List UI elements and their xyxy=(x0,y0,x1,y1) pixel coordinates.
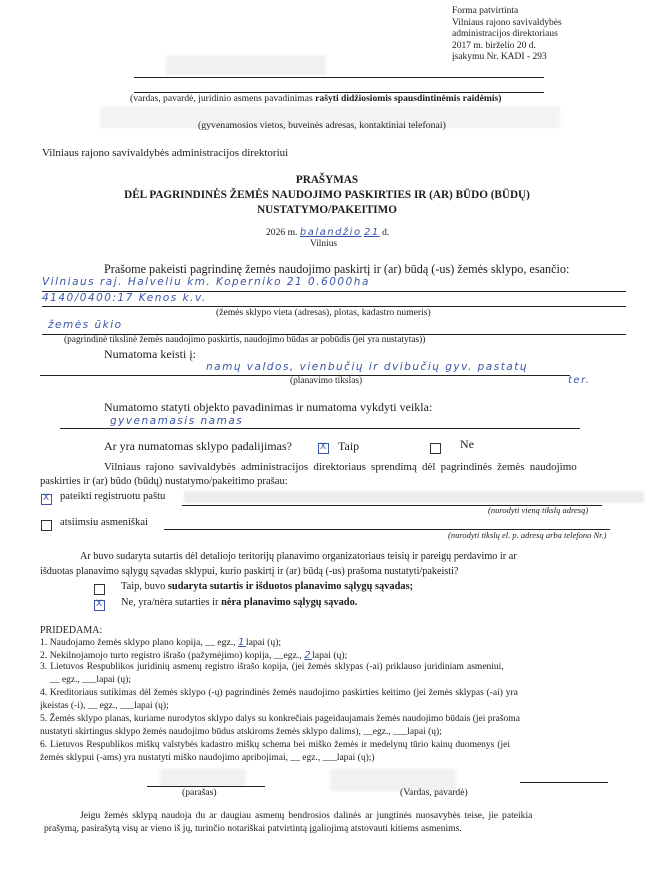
delivery-intro-1: Vilniaus rajono savivaldybės administrac… xyxy=(104,461,577,473)
redacted-applicant-name xyxy=(166,55,326,75)
delivery-personal-label: atsiimsiu asmeniškai xyxy=(60,517,148,528)
date-day[interactable]: 21 xyxy=(364,227,380,238)
attachment-1-text: 1. Naudojamo žemės sklypo plano kopija, … xyxy=(40,637,236,648)
redacted-post-address xyxy=(184,491,644,503)
signature-caption: (parašas) xyxy=(182,787,217,798)
change-to-value[interactable]: namų valdos, vienbučių ir dvibučių gyv. … xyxy=(206,361,528,373)
location-line-2[interactable]: 4140/0400:17 Kenos k.v. xyxy=(42,292,207,304)
applicant-name-caption: (vardas, pavardė, juridinio asmens pavad… xyxy=(130,93,501,104)
current-purpose-caption: (pagrindinė tikslinė žemės naudojimo pas… xyxy=(64,335,425,345)
attachment-2-text: 2. Nekilnojamojo turto registro išrašo (… xyxy=(40,650,302,661)
title-line-2: DĖL PAGRINDINĖS ŽEMĖS NAUDOJIMO PASKIRTI… xyxy=(0,188,654,203)
approval-line: administracijos direktoriaus xyxy=(452,29,562,41)
agreement-yes-normal: Taip, buvo xyxy=(121,581,168,592)
title-line-3: NUSTATYMO/PAKEITIMO xyxy=(0,203,654,218)
change-to-caption: (planavimo tikslas) xyxy=(290,376,362,386)
redacted-signature xyxy=(160,769,246,787)
delivery-post-label: pateikti registruotu paštu xyxy=(60,491,165,502)
change-to-value-cont: ter. xyxy=(568,375,590,386)
attachment-item-5-line-1: 5. Žemės sklypo planas, kuriame nurodyto… xyxy=(40,714,520,724)
location-line-1[interactable]: Vilniaus raj. Halveliu km. Koperniko 21 … xyxy=(42,276,370,288)
delivery-personal-checkbox[interactable] xyxy=(41,520,52,531)
approval-line: įsakymu Nr. KADI - 293 xyxy=(452,52,562,64)
agreement-question-1: Ar buvo sudaryta sutartis dėl detaliojo … xyxy=(80,551,517,562)
date-day-suffix: d. xyxy=(382,227,389,238)
document-title: PRAŠYMAS DĖL PAGRINDINĖS ŽEMĖS NAUDOJIMO… xyxy=(0,173,654,218)
approval-line: Forma patvirtinta xyxy=(452,6,562,18)
delivery-intro-2: paskirties ir (ar) būdo (būdų) nustatymo… xyxy=(40,476,288,487)
attachment-item-4-line-1: 4. Kreditoriaus sutikimas dėl žemės skly… xyxy=(40,688,518,698)
agreement-no-checkbox[interactable] xyxy=(94,600,105,611)
form-approval-block: Forma patvirtinta Vilniaus rajono saviva… xyxy=(452,6,562,64)
attachment-item-5-line-2: nustatyti skirtingus sklypo žemės naudoj… xyxy=(40,727,442,737)
date-month[interactable]: balandžio xyxy=(300,227,362,238)
agreement-question-2: išduotas planavimo sąlygų sąvadas sklypu… xyxy=(40,566,458,577)
division-no-checkbox[interactable] xyxy=(430,443,441,454)
title-line-1: PRAŠYMAS xyxy=(0,173,654,188)
object-value[interactable]: gyvenamasis namas xyxy=(110,415,243,427)
agreement-no-normal: Ne, yra/nėra sutarties ir xyxy=(121,597,221,608)
agreement-yes-checkbox[interactable] xyxy=(94,584,105,595)
current-purpose[interactable]: žemės ūkio xyxy=(48,319,123,331)
caption-bold: rašyti didžiosiomis spausdintinėmis raid… xyxy=(315,93,501,104)
object-rule xyxy=(60,428,580,429)
recipient: Vilniaus rajono savivaldybės administrac… xyxy=(42,147,288,159)
approval-line: Vilniaus rajono savivaldybės xyxy=(452,18,562,30)
approval-line: 2017 m. birželio 20 d. xyxy=(452,41,562,53)
name-line[interactable] xyxy=(520,782,608,783)
agreement-no-label: Ne, yra/nėra sutarties ir nėra planavimo… xyxy=(121,597,357,608)
date-year: 2026 m. xyxy=(266,227,297,238)
attachment-item-3-line-2: __ egz., ___lapai (ų); xyxy=(50,675,131,685)
agreement-yes-bold: sudaryta sutartis ir išduotos planavimo … xyxy=(168,581,413,592)
footer-note-2: prašymą, pasirašytą visų ar vieno iš jų,… xyxy=(44,823,462,834)
attachment-2-pages[interactable]: 2 xyxy=(304,650,312,661)
attachment-item-3-line-1: 3. Lietuvos Respublikos juridinių asmenų… xyxy=(40,662,504,672)
division-yes-label: Taip xyxy=(338,439,359,454)
name-caption: (Vardas, pavardė) xyxy=(400,787,468,798)
agreement-yes-label: Taip, buvo sudaryta sutartis ir išduotos… xyxy=(121,581,413,592)
date-place: Vilnius xyxy=(310,239,337,249)
attachments-heading: PRIDEDAMA: xyxy=(40,625,102,636)
attachment-item-6-line-2: žemės sklypui (-ams) yra nustatyti miško… xyxy=(40,753,375,763)
object-label: Numatomo statyti objekto pavadinimas ir … xyxy=(104,400,432,415)
division-no-label: Ne xyxy=(460,437,474,452)
attachment-item-6-line-1: 6. Lietuvos Respublikos miškų valstybės … xyxy=(40,740,510,750)
change-to-label: Numatoma keisti į: xyxy=(104,347,196,362)
attachment-item-2: 2. Nekilnojamojo turto registro išrašo (… xyxy=(40,650,347,661)
attachment-1-pages[interactable]: 1 xyxy=(238,637,246,648)
location-caption: (žemės sklypo vieta (adresas), plotas, k… xyxy=(216,307,431,318)
division-question: Ar yra numatomas sklypo padalijimas? xyxy=(104,439,292,454)
footer-note-1: Jeigu žemės sklypą naudoja du ar daugiau… xyxy=(80,810,532,821)
date-line: 2026 m. balandžio 21 d. xyxy=(266,227,389,238)
delivery-personal-caption: (nurodyti tikslų el. p. adresą arba tele… xyxy=(448,530,607,540)
delivery-post-checkbox[interactable] xyxy=(41,494,52,505)
request-intro: Prašome pakeisti pagrindinę žemės naudoj… xyxy=(104,262,569,277)
attachment-1-suffix: lapai (ų); xyxy=(246,637,281,648)
attachment-item-1: 1. Naudojamo žemės sklypo plano kopija, … xyxy=(40,637,281,648)
attachment-2-suffix: lapai (ų); xyxy=(312,650,347,661)
applicant-address-caption: (gyvenamosios vietos, buveinės adresas, … xyxy=(198,120,446,131)
division-yes-checkbox[interactable] xyxy=(318,443,329,454)
attachment-item-4-line-2: įkeistas (-i), __ egz., ___lapai (ų); xyxy=(40,701,169,711)
caption-normal: (vardas, pavardė, juridinio asmens pavad… xyxy=(130,93,315,104)
agreement-no-bold: nėra planavimo sąlygų sąvado. xyxy=(221,597,357,608)
applicant-name-line[interactable] xyxy=(134,77,544,78)
delivery-post-caption: (nurodyti vieną tikslų adresą) xyxy=(488,505,588,515)
